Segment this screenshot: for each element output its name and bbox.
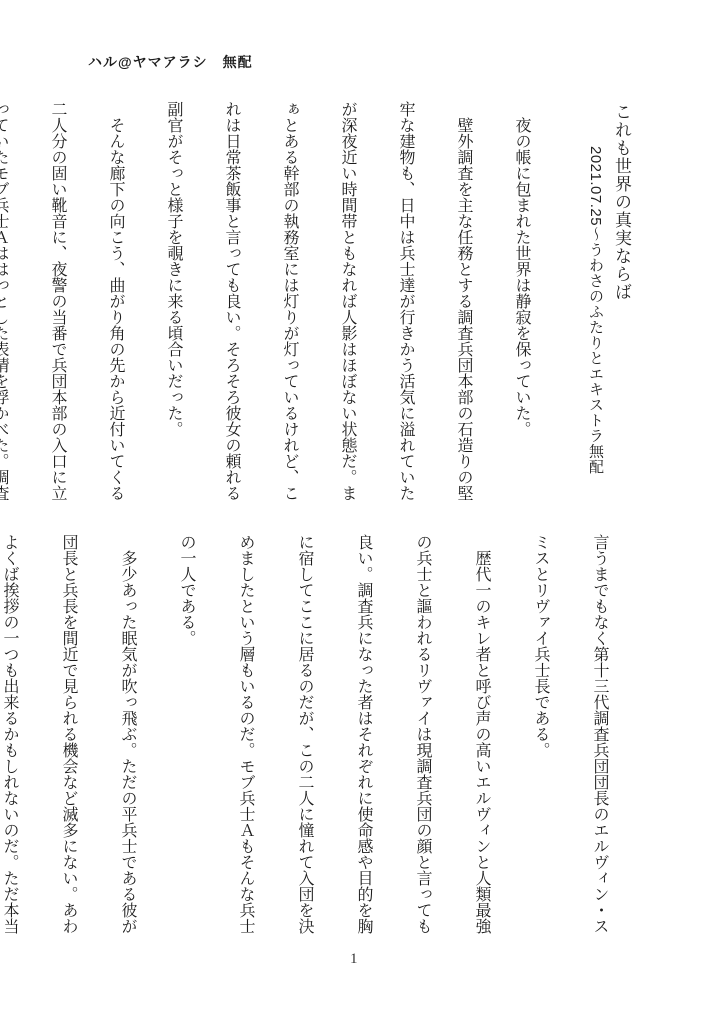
- title-block: これも世界の真実ならば 2021.07.25～うわさのふたりとエキストラ無配: [583, 103, 634, 523]
- text-column: 二人分の固い靴音に、夜警の当番で兵団本部の入口に立: [46, 101, 68, 505]
- text-column: めましたという層もいるのだ。モブ兵士Ａもそんな兵士: [234, 534, 257, 938]
- story-text-block-lower: 言うまでもなく第十三代調査兵団団長のエルヴィン・ス ミスとリヴァイ兵士長である。…: [0, 534, 647, 938]
- text-column: 夜の帳に包まれた世界は静寂を保っていた。: [510, 101, 532, 505]
- story-text-block-upper: 夜の帳に包まれた世界は静寂を保っていた。 壁外調査を主な任務とする調査兵団本部の…: [0, 101, 568, 505]
- text-column: よくば挨拶の一つも出来るかもしれないのだ。ただ本当: [0, 534, 21, 938]
- doc-title: これも世界の真実ならば: [608, 103, 634, 523]
- text-column: 牢な建物も、日中は兵士達が行きかう活気に溢れていた: [394, 101, 416, 505]
- text-column: ぁとある幹部の執務室には灯りが灯っているけれど、こ: [278, 101, 300, 505]
- page-number: 1: [350, 951, 358, 968]
- text-column: っていたモブ兵士Ａははっとした表情を浮かべた。調査: [0, 101, 10, 505]
- novel-page: { "page": { "author_credit": "ハル@ヤマアラシ 無…: [0, 0, 724, 1024]
- text-column: の兵士と謳われるリヴァイは現調査兵団の顔と言っても: [411, 534, 434, 938]
- text-column: そんな廊下の向こう、曲がり角の先から近付いてくる: [104, 101, 126, 505]
- text-column: が深夜近い時間帯ともなれば人影はほぼない状態だ。ま: [336, 101, 358, 505]
- text-column: に宿してここに居るのだが、この二人に憧れて入団を決: [293, 534, 316, 938]
- text-column: ミスとリヴァイ兵士長である。: [529, 534, 552, 938]
- text-column: 副官がそっと様子を覗きに来る頃合いだった。: [162, 101, 184, 505]
- text-column: 多少あった眠気が吹っ飛ぶ。ただの平兵士である彼が: [116, 534, 139, 938]
- text-column: 歴代一のキレ者と呼び声の高いエルヴィンと人類最強: [470, 534, 493, 938]
- text-column: 言うまでもなく第十三代調査兵団団長のエルヴィン・ス: [588, 534, 611, 938]
- text-column: れは日常茶飯事と言っても良い。そろそろ彼女の頼れる: [220, 101, 242, 505]
- author-credit: ハル@ヤマアラシ 無配: [88, 52, 253, 72]
- text-column: 壁外調査を主な任務とする調査兵団本部の石造りの堅: [452, 101, 474, 505]
- text-column: の一人である。: [175, 534, 198, 938]
- text-column: 良い。調査兵になった者はそれぞれに使命感や目的を胸: [352, 534, 375, 938]
- doc-subtitle: 2021.07.25～うわさのふたりとエキストラ無配: [583, 103, 608, 523]
- text-column: 団長と兵長を間近で見られる機会など滅多にない。あわ: [57, 534, 80, 938]
